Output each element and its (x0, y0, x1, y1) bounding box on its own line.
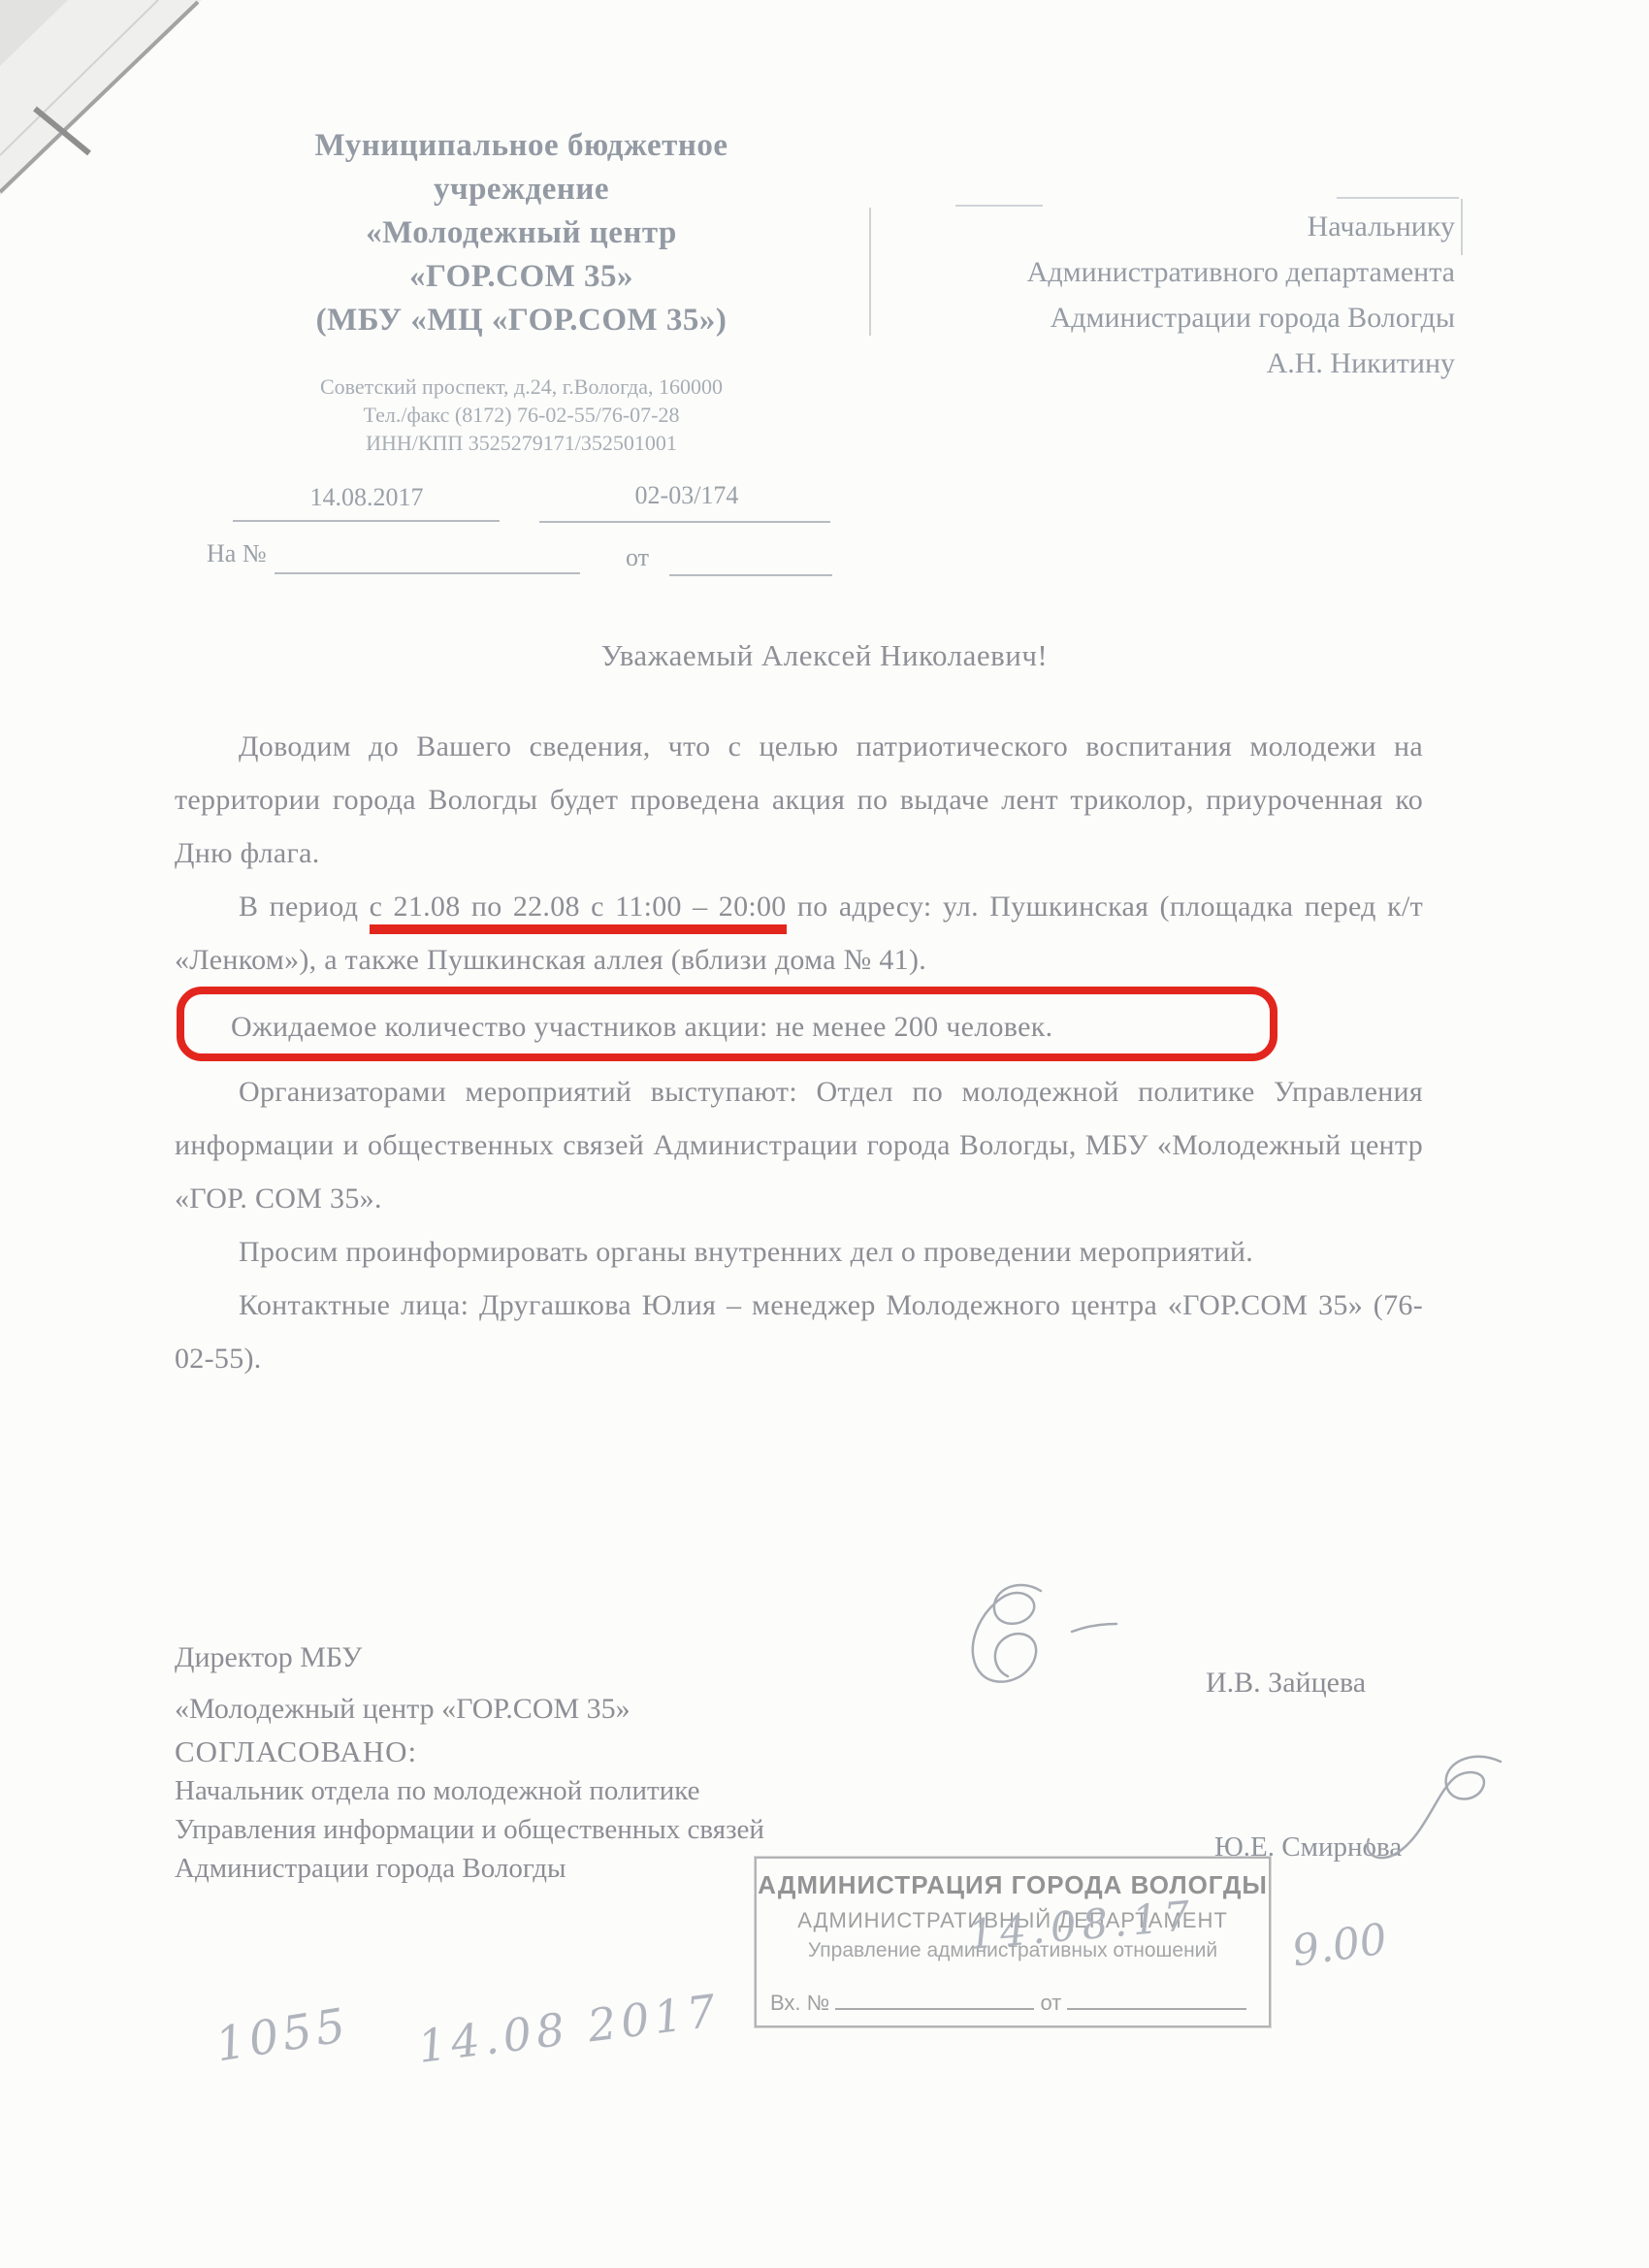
recipient-line: А.Н. Никитину (863, 340, 1455, 386)
scanned-letter-page: Муниципальное бюджетное учреждение «Моло… (0, 0, 1649, 2268)
ot-label: от (626, 543, 649, 572)
ot-underline (669, 574, 832, 576)
handwritten-date: 14.08 2017 (415, 1984, 724, 2073)
stamp-date-blank (1067, 1991, 1246, 2010)
letter-date: 14.08.2017 (241, 483, 493, 512)
org-name-line: «Молодежный центр (209, 211, 834, 255)
scan-artifact-line (1337, 197, 1459, 199)
signer-position: Директор МБУ «Молодежный центр «ГОР.СОМ … (175, 1632, 630, 1734)
paragraph-period: В период с 21.08 по 22.08 с 11:00 – 20:0… (175, 880, 1423, 987)
salutation: Уважаемый Алексей Николаевич! (0, 638, 1649, 673)
handwritten-time: 9.00 (1289, 1914, 1390, 1976)
director-signature (926, 1577, 1159, 1733)
org-name-line: (МБУ «МЦ «ГОР.СОМ 35») (209, 299, 834, 342)
org-name-line: Муниципальное бюджетное (209, 124, 834, 168)
signer-position-line: «Молодежный центр «ГОР.СОМ 35» (175, 1683, 630, 1734)
address-line: Тел./факс (8172) 76-02-55/76-07-28 (209, 401, 834, 429)
org-name-line: «ГОР.СОМ 35» (209, 255, 834, 299)
na-no-label: На № (207, 539, 267, 568)
signer-name: И.В. Зайцева (1206, 1667, 1366, 1700)
letter-body: Доводим до Вашего сведения, что с целью … (175, 720, 1423, 1385)
letterhead-org-name: Муниципальное бюджетное учреждение «Моло… (209, 124, 834, 342)
address-line: Советский проспект, д.24, г.Вологда, 160… (209, 373, 834, 401)
stamp-number-blank (835, 1991, 1034, 2010)
scan-artifact-line (1461, 199, 1463, 255)
recipient-line: Администрации города Вологды (863, 295, 1455, 340)
stamp-vh-label: Вх. № (770, 1991, 829, 2015)
approval-line: Администрации города Вологды (175, 1849, 764, 1888)
recipient-block: Начальнику Административного департамент… (863, 204, 1455, 386)
approval-title: СОГЛАСОВАНО: (175, 1733, 764, 1771)
approver-signature (1353, 1746, 1518, 1882)
recipient-line: Административного департамента (863, 249, 1455, 295)
address-line: ИНН/КПП 3525279171/352501001 (209, 429, 834, 457)
date-underline (233, 520, 500, 522)
recipient-line: Начальнику (863, 204, 1455, 249)
boxed-paragraph-wrap: Ожидаемое количество участников акции: н… (175, 1000, 1423, 1053)
stamp-entry-row: Вх. № от (770, 1991, 1255, 2016)
letterhead-address: Советский проспект, д.24, г.Вологда, 160… (209, 373, 834, 457)
paragraph-participants: Ожидаемое количество участников акции: н… (175, 1000, 1423, 1053)
approval-block: СОГЛАСОВАНО: Начальник отдела по молодеж… (175, 1733, 764, 1888)
paragraph-request: Просим проинформировать органы внутренни… (175, 1225, 1423, 1279)
stamp-ot-label: от (1041, 1991, 1062, 2015)
paragraph-period-start: В период (239, 891, 370, 923)
letter-number: 02-03/174 (541, 481, 832, 510)
signer-position-line: Директор МБУ (175, 1632, 630, 1683)
red-underline-annotation: с 21.08 по 22.08 с 11:00 – 20:00 (370, 891, 787, 934)
handwritten-number: 1055 (211, 1998, 352, 2073)
paragraph-organizers: Организаторами мероприятий выступают: От… (175, 1065, 1423, 1225)
page-fold-corner (0, 0, 223, 213)
na-no-underline (275, 572, 580, 574)
paragraph-intro: Доводим до Вашего сведения, что с целью … (175, 720, 1423, 880)
approval-line: Начальник отдела по молодежной политике (175, 1771, 764, 1810)
org-name-line: учреждение (209, 168, 834, 211)
approval-line: Управления информации и общественных свя… (175, 1810, 764, 1849)
paragraph-contacts: Контактные лица: Другашкова Юлия – менед… (175, 1279, 1423, 1385)
number-underline (539, 521, 830, 523)
